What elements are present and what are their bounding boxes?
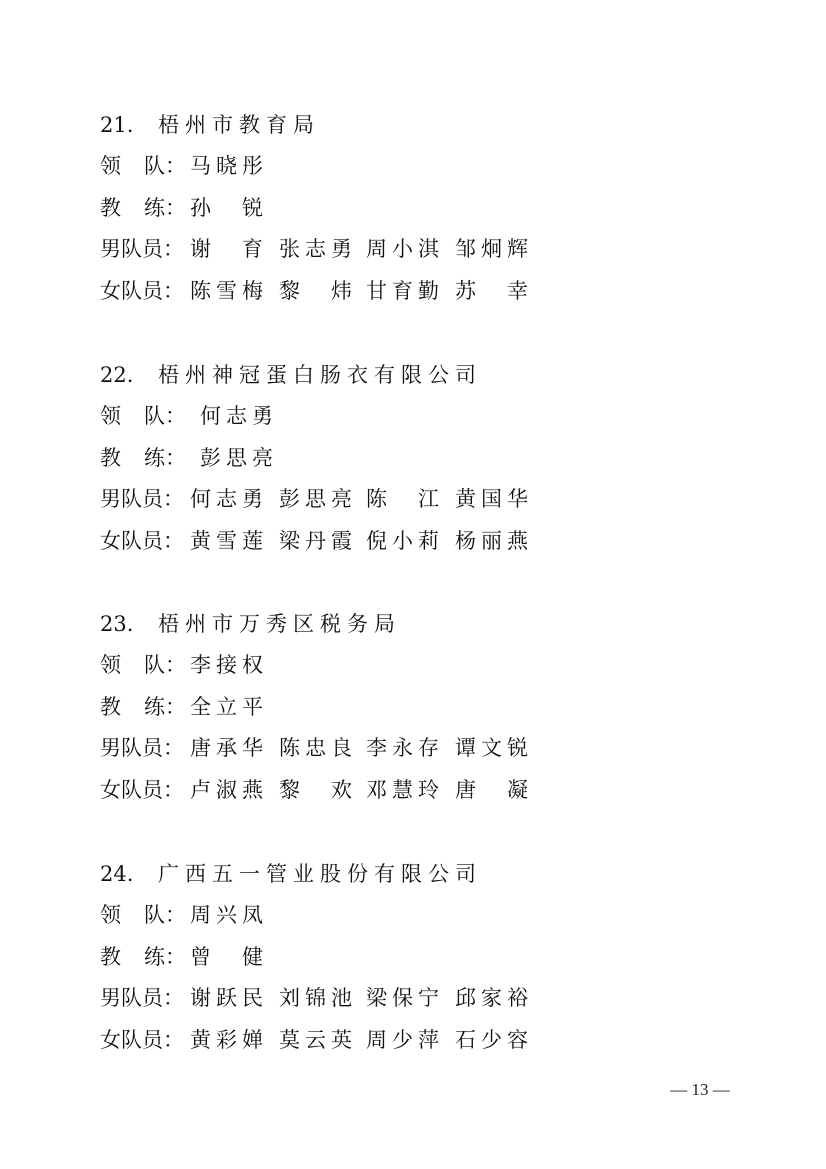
leader-name: 马晓彤 [190, 151, 268, 181]
member-name: 梁保宁 [366, 983, 444, 1013]
team-org-name: 梧州神冠蛋白肠衣有限公司 [158, 363, 482, 387]
member-name: 唐 凝 [455, 775, 533, 805]
female-members-label: 女队员： [100, 1025, 184, 1055]
member-name: 甘育勤 [366, 276, 444, 306]
member-name: 谢跃民 [190, 983, 268, 1013]
female-members-label: 女队员： [100, 526, 184, 556]
member-name: 黎 欢 [279, 775, 357, 805]
member-name: 陈忠良 [279, 733, 357, 763]
member-name: 杨丽燕 [455, 526, 533, 556]
team-heading: 23.梧州市万秀区税务局 [100, 609, 401, 639]
member-name: 谢 育 [190, 234, 268, 264]
member-name: 邓慧玲 [366, 775, 444, 805]
member-name: 黄雪莲 [190, 526, 268, 556]
coach-name: 孙 锐 [190, 193, 268, 223]
team-org-name: 梧州市教育局 [158, 113, 320, 137]
member-name: 彭思亮 [279, 484, 357, 514]
team-heading: 22.梧州神冠蛋白肠衣有限公司 [100, 360, 482, 390]
male-members-label: 男队员： [100, 733, 184, 763]
member-name: 邹炯辉 [455, 234, 533, 264]
member-name: 唐承华 [190, 733, 268, 763]
member-name: 周少萍 [366, 1025, 444, 1055]
page-number: — 13 — [660, 1078, 740, 1102]
member-name: 莫云英 [279, 1025, 357, 1055]
male-members-label: 男队员： [100, 234, 184, 264]
member-name: 倪小莉 [366, 526, 444, 556]
team-number: 24. [100, 859, 158, 889]
team-number: 22. [100, 360, 158, 390]
team-number: 21. [100, 110, 158, 140]
member-name: 周小淇 [366, 234, 444, 264]
member-name: 黄国华 [455, 484, 533, 514]
male-members-label: 男队员： [100, 983, 184, 1013]
member-name: 梁丹霞 [279, 526, 357, 556]
coach-name: 彭思亮 [200, 443, 278, 473]
member-name: 李永存 [366, 733, 444, 763]
member-name: 石少容 [455, 1025, 533, 1055]
member-name: 黄彩婵 [190, 1025, 268, 1055]
team-heading: 24.广西五一管业股份有限公司 [100, 859, 482, 889]
coach-name: 全立平 [190, 692, 268, 722]
leader-name: 周兴凤 [190, 900, 268, 930]
female-members-label: 女队员： [100, 276, 184, 306]
leader-name: 李接权 [190, 650, 268, 680]
team-org-name: 梧州市万秀区税务局 [158, 612, 401, 636]
team-org-name: 广西五一管业股份有限公司 [158, 862, 482, 886]
member-name: 陈 江 [366, 484, 444, 514]
team-heading: 21.梧州市教育局 [100, 110, 320, 140]
member-name: 苏 幸 [455, 276, 533, 306]
member-name: 刘锦池 [279, 983, 357, 1013]
member-name: 张志勇 [279, 234, 357, 264]
team-number: 23. [100, 609, 158, 639]
member-name: 陈雪梅 [190, 276, 268, 306]
coach-name: 曾 健 [190, 942, 268, 972]
female-members-label: 女队员： [100, 775, 184, 805]
member-name: 黎 炜 [279, 276, 357, 306]
leader-name: 何志勇 [200, 401, 278, 431]
member-name: 何志勇 [190, 484, 268, 514]
member-name: 谭文锐 [455, 733, 533, 763]
member-name: 邱家裕 [455, 983, 533, 1013]
male-members-label: 男队员： [100, 484, 184, 514]
document-page: 21.梧州市教育局 领 队： 马晓彤 教 练： 孙 锐 男队员： 谢 育 张志勇… [0, 0, 826, 1169]
member-name: 卢淑燕 [190, 775, 268, 805]
